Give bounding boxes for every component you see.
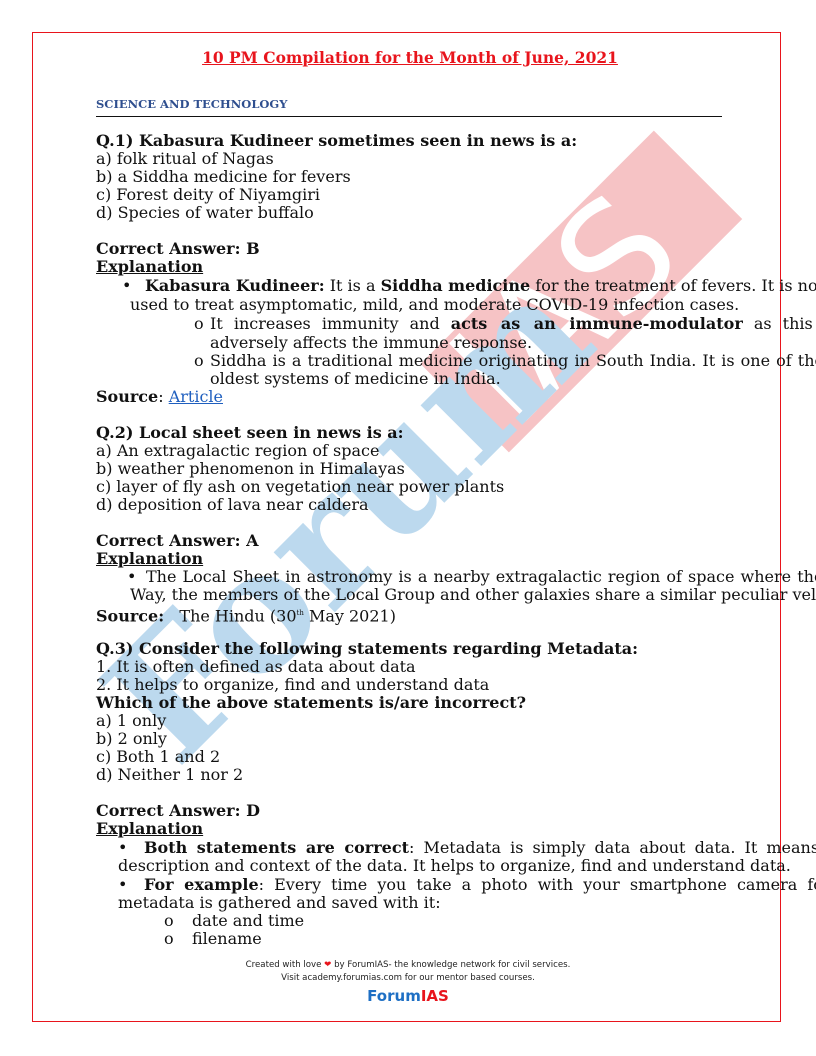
q3-option-c: c) Both 1 and 2	[96, 748, 220, 766]
q3-bullet-1-line2: description and context of the data. It …	[118, 857, 791, 875]
q1-option-c: c) Forest deity of Niyamgiri	[96, 186, 320, 204]
source-label: Source:	[96, 606, 164, 625]
q1-bullet-1-line2: used to treat asymptomatic, mild, and mo…	[130, 296, 739, 314]
q2-source: Source: The Hindu (30th May 2021)	[96, 604, 396, 625]
text: : Metadata is simply data about data. It…	[409, 838, 816, 857]
q1-option-b: b) a Siddha medicine for fevers	[96, 168, 351, 186]
term: For example	[144, 875, 259, 894]
answer-value: B	[246, 239, 260, 258]
heart-icon: ❤	[324, 960, 331, 970]
q1-sub-bullet-2-line2: oldest systems of medicine in India.	[210, 370, 501, 388]
q2-option-c: c) layer of fly ash on vegetation near p…	[96, 478, 504, 496]
q3-correct-answer: Correct Answer: D	[96, 802, 260, 820]
q2-option-d: d) deposition of lava near caldera	[96, 496, 369, 514]
circle-bullet-icon: o	[194, 315, 204, 333]
text: It increases immunity and	[210, 314, 451, 333]
q3-prompt: Which of the above statements is/are inc…	[96, 694, 526, 712]
article-link[interactable]: Article	[169, 387, 223, 406]
bullet-icon: •	[118, 876, 127, 894]
q2-option-b: b) weather phenomenon in Himalayas	[96, 460, 405, 478]
logo-ias: IAS	[421, 987, 449, 1005]
q3-option-a: a) 1 only	[96, 712, 166, 730]
q1-sub-bullet-2: o Siddha is a traditional medicine origi…	[194, 352, 816, 370]
text: : Every time you take a photo with your …	[259, 875, 816, 894]
q3-statement-2: 2. It helps to organize, find and unders…	[96, 676, 489, 694]
q1-bullet-1: • Kabasura Kudineer: It is a Siddha medi…	[130, 277, 720, 295]
bullet-icon: •	[127, 568, 136, 586]
q2-explanation-label: Explanation	[96, 550, 203, 568]
logo-forum: Forum	[367, 987, 421, 1005]
q3-statement-1: 1. It is often defined as data about dat…	[96, 658, 416, 676]
q1-explanation-label: Explanation	[96, 258, 203, 276]
term: Kabasura Kudineer:	[145, 276, 325, 295]
bullet-icon: •	[122, 277, 131, 295]
q1-option-d: d) Species of water buffalo	[96, 204, 314, 222]
answer-value: A	[246, 531, 258, 550]
question-1: Q.1) Kabasura Kudineer sometimes seen in…	[96, 132, 577, 150]
q3-explanation-label: Explanation	[96, 820, 203, 838]
source-text: The Hindu (30	[179, 606, 296, 625]
answer-value: D	[246, 801, 260, 820]
footer-text: Created with love	[246, 960, 322, 970]
circle-bullet-icon: o	[164, 930, 174, 948]
text: filename	[192, 929, 262, 948]
question-3: Q.3) Consider the following statements r…	[96, 640, 638, 658]
term: Siddha medicine	[381, 276, 531, 295]
q3-bullet-2: • For example: Every time you take a pho…	[118, 876, 816, 894]
text: The Local Sheet in astronomy is a nearby…	[146, 567, 816, 586]
text: date and time	[192, 911, 304, 930]
section-heading: SCIENCE AND TECHNOLOGY	[96, 97, 722, 117]
circle-bullet-icon: o	[164, 912, 174, 930]
answer-label: Correct Answer:	[96, 801, 241, 820]
text: as this virus	[743, 314, 816, 333]
q1-sub-bullet-1-line2: adversely affects the immune response.	[210, 334, 532, 352]
footer-line-1: Created with love ❤ by ForumIAS- the kno…	[0, 960, 816, 970]
text: Siddha is a traditional medicine origina…	[210, 351, 816, 370]
document-title: 10 PM Compilation for the Month of June,…	[112, 48, 708, 67]
circle-bullet-icon: o	[194, 352, 204, 370]
q2-option-a: a) An extragalactic region of space	[96, 442, 379, 460]
q2-bullet-1: • The Local Sheet in astronomy is a near…	[130, 568, 816, 586]
q1-option-a: a) folk ritual of Nagas	[96, 150, 274, 168]
q3-sub-bullet-1: o date and time	[164, 912, 304, 930]
q2-bullet-1-line2: Way, the members of the Local Group and …	[130, 586, 816, 604]
answer-label: Correct Answer:	[96, 239, 241, 258]
term: Both statements are correct	[144, 838, 409, 857]
q3-option-d: d) Neither 1 nor 2	[96, 766, 243, 784]
footer-line-2: Visit academy.forumias.com for our mento…	[0, 973, 816, 983]
q3-bullet-1: • Both statements are correct: Metadata …	[118, 839, 816, 857]
q3-bullet-2-line2: metadata is gathered and saved with it:	[118, 894, 441, 912]
q3-option-b: b) 2 only	[96, 730, 167, 748]
source-sup: th	[297, 609, 304, 617]
q3-sub-bullet-2: o filename	[164, 930, 262, 948]
term: acts as an immune-modulator	[451, 314, 743, 333]
answer-label: Correct Answer:	[96, 531, 241, 550]
text: It is a	[325, 276, 381, 295]
q2-correct-answer: Correct Answer: A	[96, 532, 259, 550]
bullet-icon: •	[118, 839, 127, 857]
forumias-logo: ForumIAS	[0, 987, 816, 1005]
question-2: Q.2) Local sheet seen in news is a:	[96, 424, 404, 442]
source-text: May 2021)	[304, 606, 396, 625]
text: for the treatment of fevers. It is now b…	[530, 276, 816, 295]
source-label: Source	[96, 387, 158, 406]
q1-correct-answer: Correct Answer: B	[96, 240, 260, 258]
q1-sub-bullet-1: o It increases immunity and acts as an i…	[194, 315, 816, 333]
q1-source: Source: Article	[96, 388, 223, 406]
footer-text: by ForumIAS- the knowledge network for c…	[334, 960, 570, 970]
